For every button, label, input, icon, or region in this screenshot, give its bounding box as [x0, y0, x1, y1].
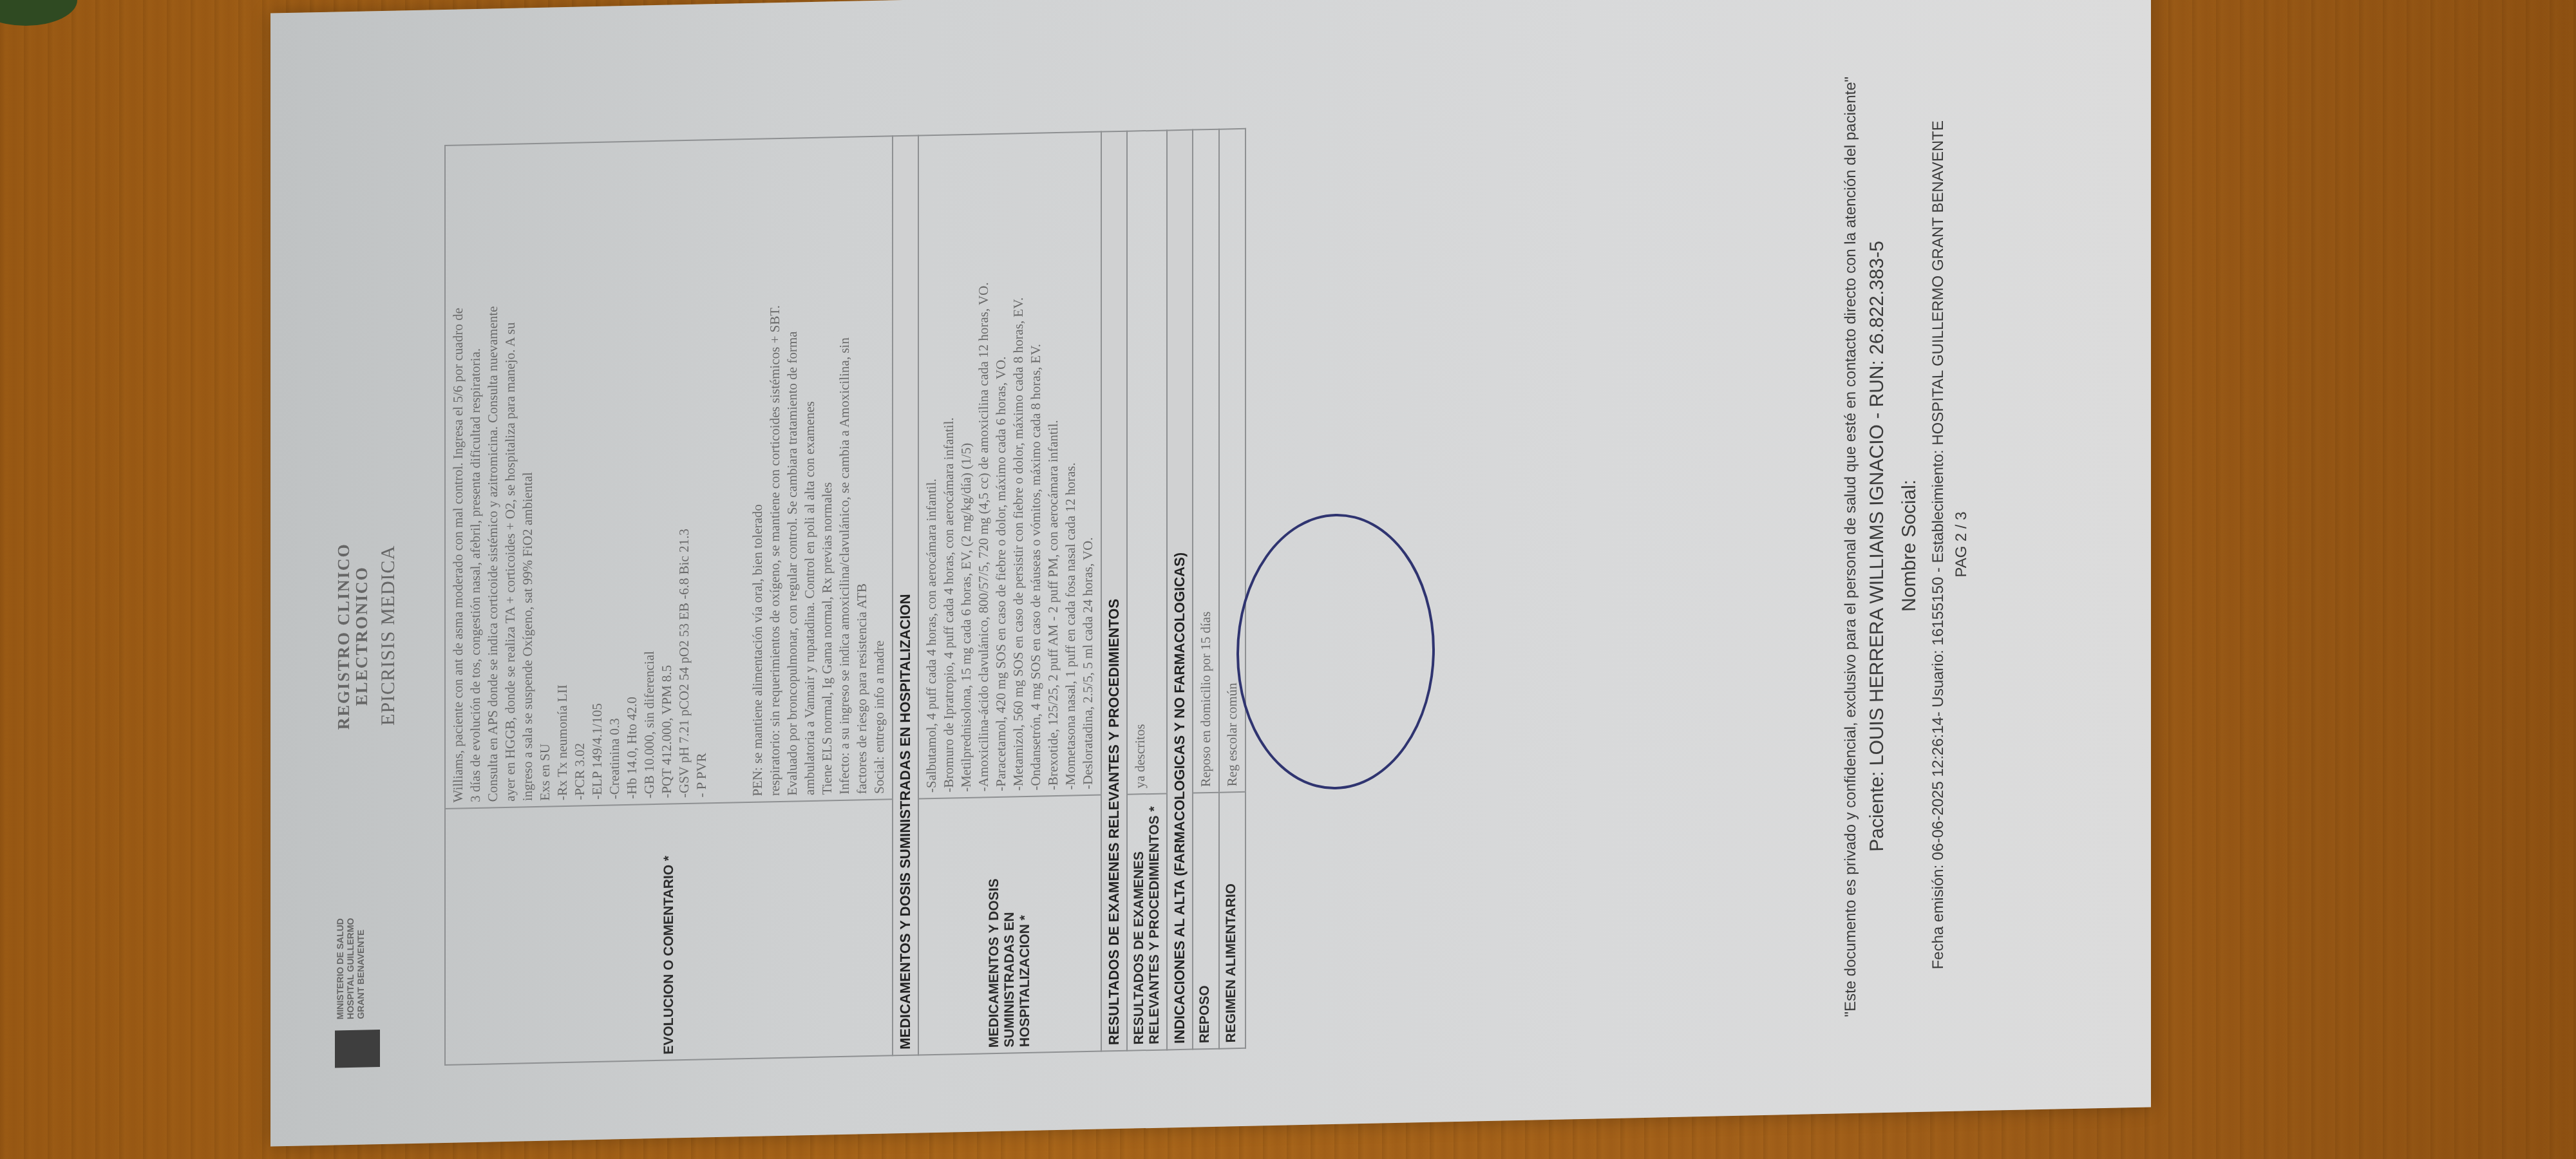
resultados-section-row: RESULTADOS DE EXAMENES RELEVANTES Y PROC…: [1101, 131, 1127, 1051]
evolucion-value: Williams, paciente con ant de asma moder…: [445, 136, 893, 809]
hand-drawn-circle-annotation: [1236, 512, 1435, 791]
lab-result-line: -GSV pH 7.21 pCO2 54 pO2 53 EB -6.8 Bic …: [676, 146, 693, 798]
confidentiality-notice: "Este documento es privado y confidencia…: [1842, 0, 1860, 1113]
evolucion-line: ayer en HGGB, donde se realiza TA + cort…: [502, 149, 519, 802]
resultados-value: ya descritos: [1127, 130, 1167, 794]
medication-item: -Metilprednisolona, 15 mg cada 6 horas, …: [958, 140, 975, 793]
resultados-label: RESULTADOS DE EXAMENES RELEVANTES Y PROC…: [1127, 793, 1167, 1050]
lab-result-line: -ELP 149/4.1/105: [589, 148, 606, 800]
ministry-name: MINISTERIO DE SALUD HOSPITAL GUILLERMO G…: [335, 903, 366, 1019]
document-header: MINISTERIO DE SALUD HOSPITAL GUILLERMO G…: [296, 48, 444, 1107]
lab-result-line: -PCR 3.02: [571, 148, 589, 800]
evolucion-paragraph-2: PEN: se mantiene alimentación vía oral, …: [749, 142, 888, 796]
patient-info: Paciente: LOUIS HERRERA WILLIAMS IGNACIO…: [1866, 0, 1888, 1113]
title-line2: ELECTRONICO: [353, 500, 371, 771]
medication-item: -Metamizol, 560 mg SOS en caso de persis…: [1010, 139, 1027, 791]
evolucion-line: ambulatoria a Vannair y rupatadina. Cont…: [801, 144, 819, 796]
lab-result-line: -Creatinina 0.3: [606, 147, 623, 800]
document-page: MINISTERIO DE SALUD HOSPITAL GUILLERMO G…: [270, 0, 2151, 1147]
evolucion-line: respiratorio: sin requerimientos de oxíg…: [766, 144, 784, 796]
epicrisis-table: EVOLUCION O COMENTARIO * Williams, pacie…: [444, 128, 1246, 1066]
evolucion-row: EVOLUCION O COMENTARIO * Williams, pacie…: [445, 136, 893, 1065]
indicaciones-section-title: INDICACIONES AL ALTA (FARMACOLOGICAS Y N…: [1167, 130, 1193, 1050]
ministry-logo-icon: [335, 1030, 380, 1068]
evolucion-line: 3 días de evolución de tos, congestión n…: [467, 151, 484, 803]
medicamentos-list: -Salbutamol, 4 puff cada 4 horas, con ae…: [918, 132, 1101, 799]
evolucion-line: Consulta en APS donde se indica corticoi…: [484, 150, 502, 802]
medication-item: -Mometasona nasal, 1 puff en cada fosa n…: [1062, 138, 1079, 790]
evolucion-line: Social: entrego info a madre: [871, 142, 888, 794]
document-paper: MINISTERIO DE SALUD HOSPITAL GUILLERMO G…: [270, 0, 2151, 1147]
evolucion-paragraph-1: Williams, paciente con ant de asma moder…: [450, 149, 536, 803]
evolucion-line: factores de riesgo para resistencia ATB: [853, 142, 871, 795]
evolucion-label: EVOLUCION O COMENTARIO *: [445, 799, 893, 1065]
reposo-row: REPOSO Reposo en domicilio por 15 días: [1193, 129, 1219, 1050]
social-name: Nombre Social:: [1899, 0, 1920, 1113]
resultados-row: RESULTADOS DE EXAMENES RELEVANTES Y PROC…: [1127, 130, 1167, 1050]
lab-result-line: -GB 10.000, sin diferencial: [641, 147, 658, 799]
reposo-label: REPOSO: [1193, 793, 1219, 1050]
lab-result-line: - P PVR: [693, 146, 710, 798]
lab-result-line: Exs en SU: [536, 149, 554, 801]
indicaciones-section-row: INDICACIONES AL ALTA (FARMACOLOGICAS Y N…: [1167, 130, 1193, 1050]
medicamentos-section-row: MEDICAMENTOS Y DOSIS SUMINISTRADAS EN HO…: [893, 136, 918, 1056]
regimen-row: REGIMEN ALIMENTARIO Reg escolar común: [1219, 129, 1245, 1049]
plant-leaf: [0, 0, 77, 26]
page-number: PAG 2 / 3: [1953, 0, 1971, 1111]
lab-result-line: -Rx Tx neumonía LII: [554, 149, 571, 801]
document-subtitle: EPICRISIS MEDICA: [377, 500, 399, 771]
regimen-label: REGIMEN ALIMENTARIO: [1219, 792, 1245, 1049]
evolucion-line: Tiene ELS normal, Ig Gama normal, Rx pre…: [819, 143, 836, 795]
evolucion-line: PEN: se mantiene alimentación vía oral, …: [749, 144, 766, 796]
evolucion-line: ingreso a sala se suspende Oxígeno, sat …: [519, 149, 536, 802]
medication-item: -Bromuro de Ipratropio, 4 puff cada 4 ho…: [940, 140, 958, 793]
medication-item: -Ondansetrón, 4 mg SOS en caso de náusea…: [1027, 138, 1045, 791]
emission-info: Fecha emisión: 06-06-2025 12:26:14- Usua…: [1929, 0, 1947, 1112]
evolucion-line: Williams, paciente con ant de asma moder…: [450, 151, 467, 803]
medication-item: -Paracetamol, 420 mg SOS en caso de fieb…: [992, 140, 1010, 792]
medication-item: -Amoxicilina-ácido clavulánico, 800/57/5…: [975, 140, 992, 792]
title-line1: REGISTRO CLINICO: [335, 501, 353, 772]
reposo-value: Reposo en domicilio por 15 días: [1193, 129, 1219, 793]
medicamentos-label: MEDICAMENTOS Y DOSIS SUMINISTRADAS EN HO…: [918, 795, 1101, 1055]
medication-item: -Desloratadina, 2.5/5, 5 ml cada 24 hora…: [1079, 138, 1097, 790]
resultados-section-title: RESULTADOS DE EXAMENES RELEVANTES Y PROC…: [1101, 131, 1127, 1051]
evolucion-line: Evaluado por broncopulmonar, con regular…: [784, 144, 801, 796]
title-block: REGISTRO CLINICO ELECTRONICO EPICRISIS M…: [335, 500, 399, 771]
lab-result-line: -PQT 412.000, VPM 8.5: [658, 146, 676, 798]
evolucion-labs: Exs en SU-Rx Tx neumonía LII-PCR 3.02-EL…: [536, 146, 710, 801]
medicamentos-section-title: MEDICAMENTOS Y DOSIS SUMINISTRADAS EN HO…: [893, 136, 918, 1056]
lab-result-line: -Hb 14.0, Hto 42.0: [623, 147, 641, 800]
evolucion-line: Infecto: a su ingreso se indica amoxicil…: [836, 143, 853, 795]
medication-item: -Salbutamol, 4 puff cada 4 horas, con ae…: [923, 141, 940, 793]
medicamentos-row: MEDICAMENTOS Y DOSIS SUMINISTRADAS EN HO…: [918, 132, 1101, 1055]
medication-item: -Brexotide, 125/25, 2 puff AM - 2 puff P…: [1045, 138, 1062, 791]
